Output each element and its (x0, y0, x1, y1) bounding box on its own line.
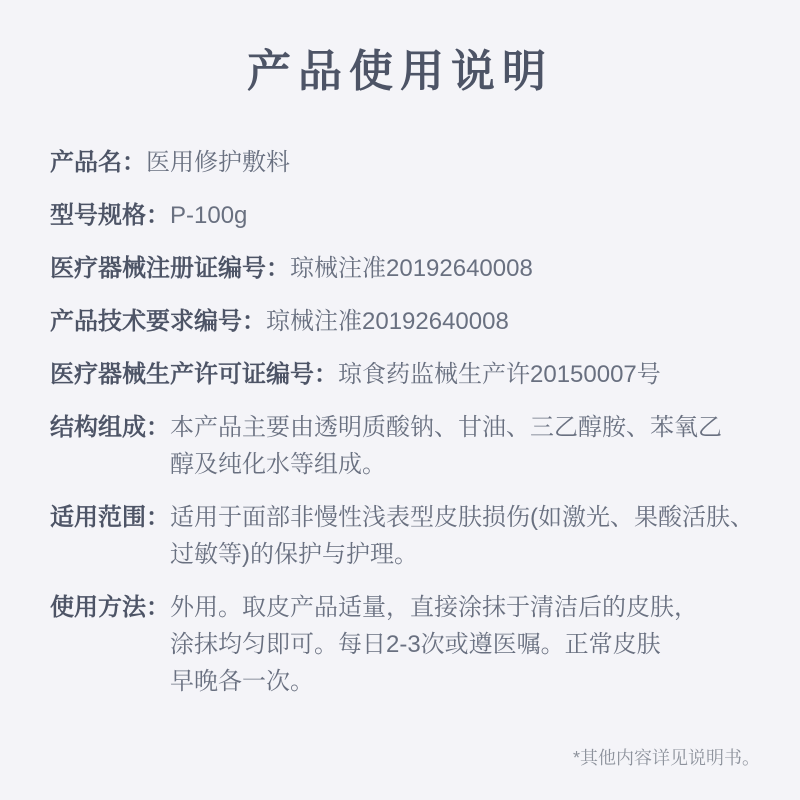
product-instruction-sheet: 产品使用说明 产品名： 医用修护敷料 型号规格： P-100g 医疗器械注册证编… (0, 0, 800, 800)
page-title: 产品使用说明 (0, 0, 800, 100)
field-application-scope: 适用范围： 适用于面部非慢性浅表型皮肤损伤(如激光、果酸活肤、 过敏等)的保护与… (50, 499, 760, 573)
field-label: 医疗器械生产许可证编号： (50, 356, 338, 393)
field-label: 使用方法： (50, 589, 170, 626)
field-value: 适用于面部非慢性浅表型皮肤损伤(如激光、果酸活肤、 过敏等)的保护与护理。 (170, 499, 754, 573)
field-label: 医疗器械注册证编号： (50, 250, 290, 287)
field-production-license-number: 医疗器械生产许可证编号： 琼食药监械生产许20150007号 (50, 356, 760, 393)
field-registration-number: 医疗器械注册证编号： 琼械注准20192640008 (50, 250, 760, 287)
field-label: 适用范围： (50, 499, 170, 536)
footnote: *其他内容详见说明书。 (573, 746, 760, 770)
field-value: P-100g (170, 197, 247, 234)
field-usage-method: 使用方法： 外用。取皮产品适量，直接涂抹于清洁后的皮肤， 涂抹均匀即可。每日2-… (50, 589, 760, 700)
field-value: 琼械注准20192640008 (266, 303, 509, 340)
field-value: 琼械注准20192640008 (290, 250, 533, 287)
field-model-spec: 型号规格： P-100g (50, 197, 760, 234)
field-label: 产品技术要求编号： (50, 303, 266, 340)
field-product-name: 产品名： 医用修护敷料 (50, 144, 760, 181)
field-technical-requirement-number: 产品技术要求编号： 琼械注准20192640008 (50, 303, 760, 340)
field-label: 结构组成： (50, 409, 170, 446)
field-value: 医用修护敷料 (146, 144, 290, 181)
field-value: 琼食药监械生产许20150007号 (338, 356, 661, 393)
field-composition: 结构组成： 本产品主要由透明质酸钠、甘油、三乙醇胺、苯氧乙 醇及纯化水等组成。 (50, 409, 760, 483)
field-value: 外用。取皮产品适量，直接涂抹于清洁后的皮肤， 涂抹均匀即可。每日2-3次或遵医嘱… (170, 589, 698, 700)
field-value: 本产品主要由透明质酸钠、甘油、三乙醇胺、苯氧乙 醇及纯化水等组成。 (170, 409, 722, 483)
fields-list: 产品名： 医用修护敷料 型号规格： P-100g 医疗器械注册证编号： 琼械注准… (50, 144, 760, 700)
field-label: 型号规格： (50, 197, 170, 234)
field-label: 产品名： (50, 144, 146, 181)
